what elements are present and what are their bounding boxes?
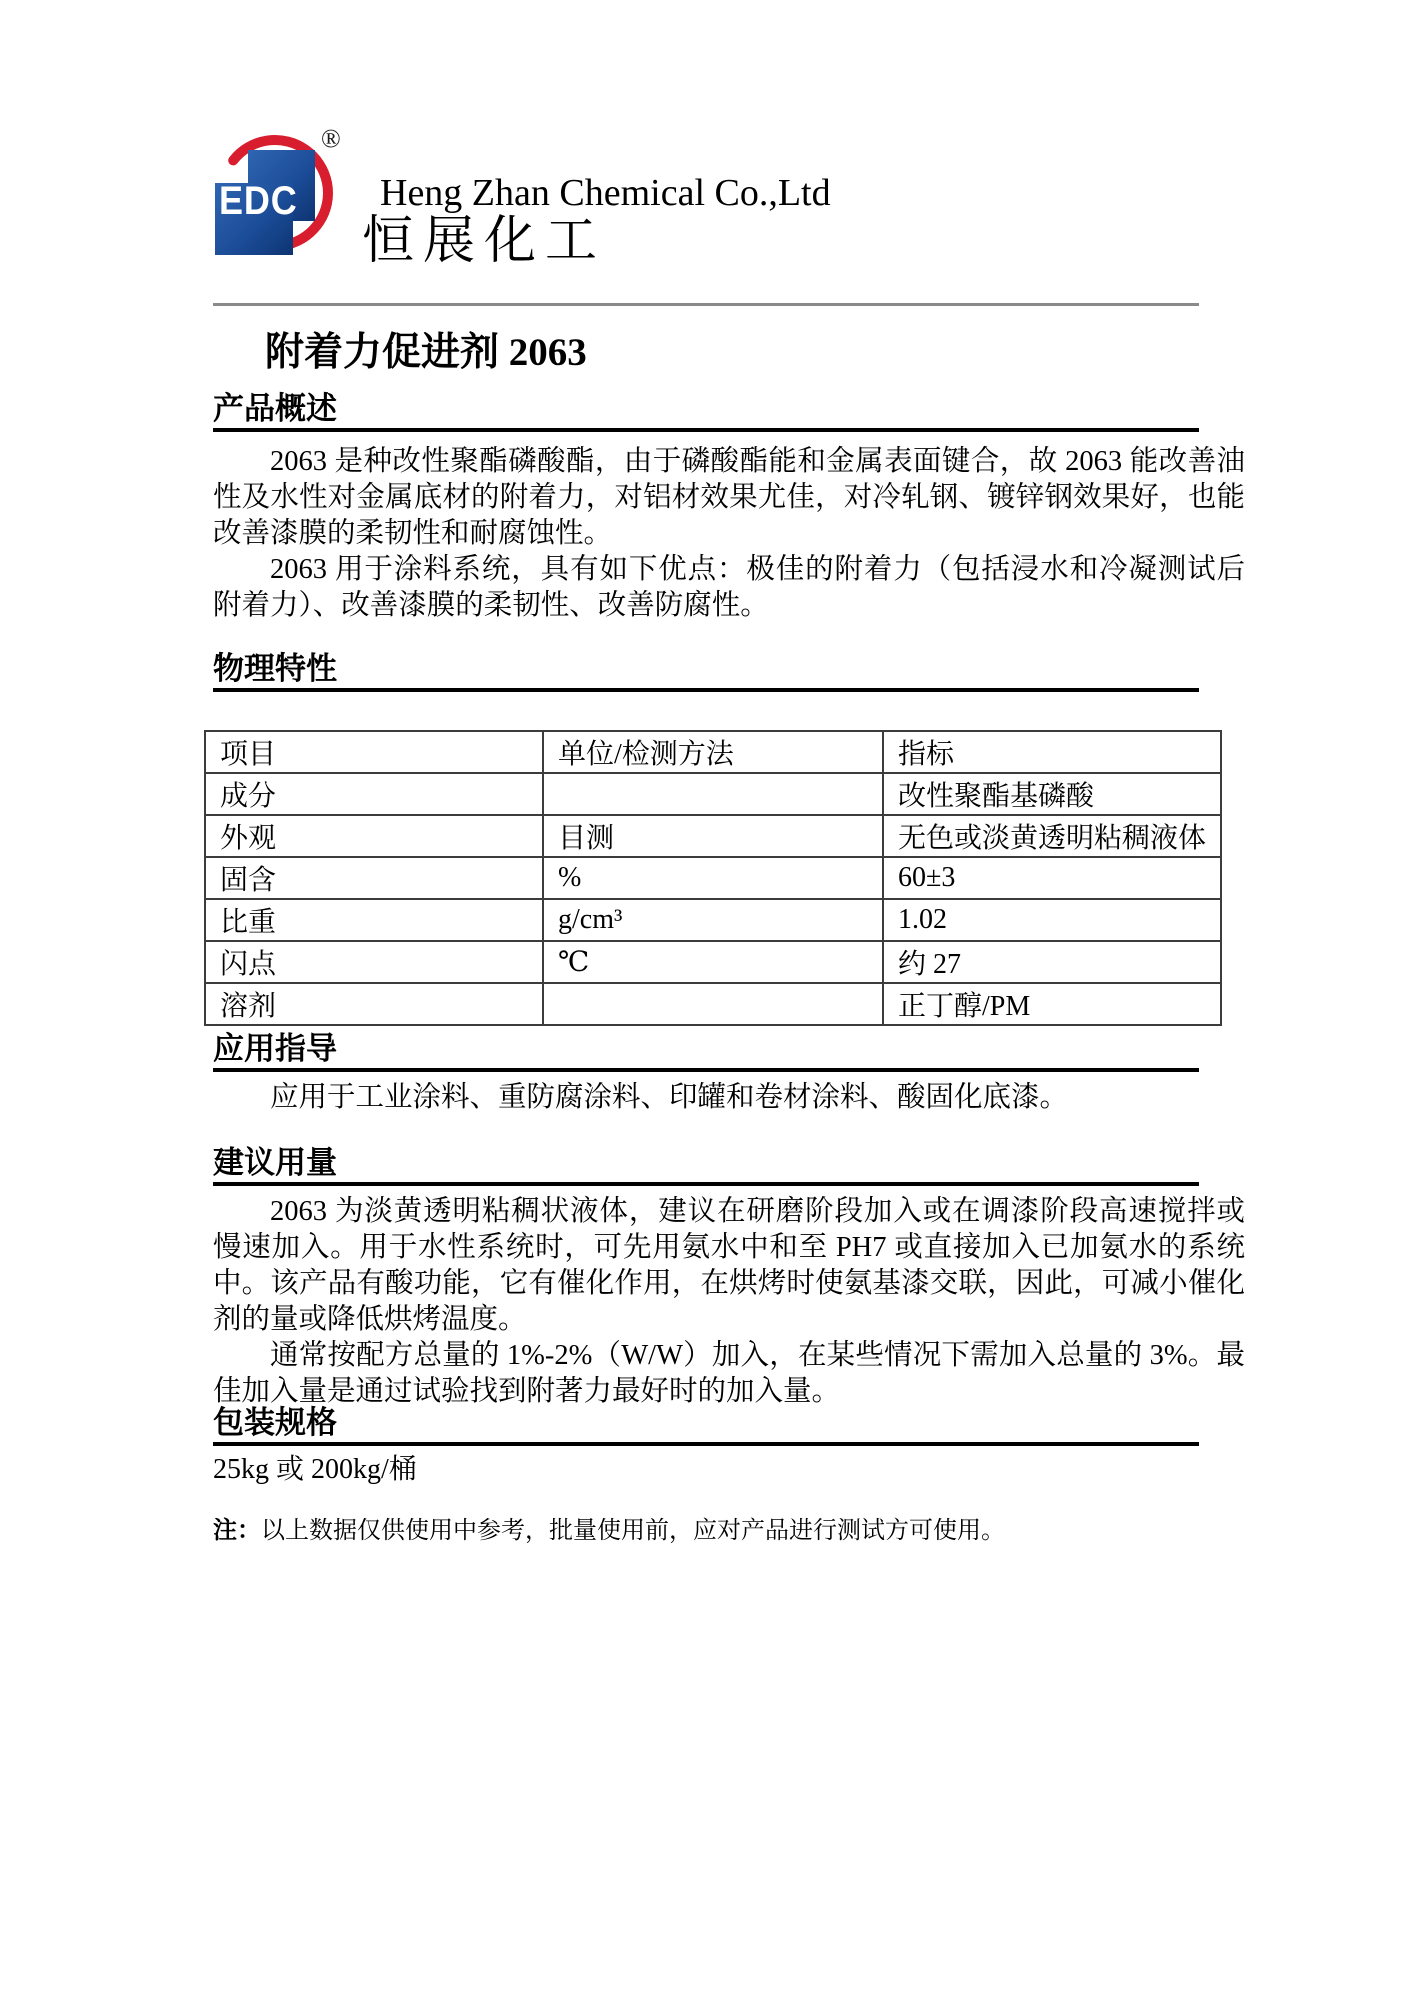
table-row: 比重 g/cm³ 1.02 [205,899,1221,941]
cell-spec: 无色或淡黄透明粘稠液体 [883,815,1221,857]
section-body: 25kg 或 200kg/桶 [213,1452,1245,1488]
cell-spec: 约 27 [883,941,1221,983]
table-row: 溶剂 正丁醇/PM [205,983,1221,1025]
footnote: 注：以上数据仅供使用中参考，批量使用前，应对产品进行测试方可使用。 [213,1516,1005,1546]
cell-spec: 正丁醇/PM [883,983,1221,1025]
cell-spec: 1.02 [883,899,1221,941]
footnote-label: 注： [213,1518,261,1544]
section-recommended-dosage: 建议用量 2063 为淡黄透明粘稠状液体，建议在研磨阶段加入或在调漆阶段高速搅拌… [213,1146,1245,1410]
logo-edc-text: EDC [219,181,314,221]
table-row: 闪点 ℃ 约 27 [205,941,1221,983]
company-name-en: Heng Zhan Chemical Co.,Ltd [380,173,831,213]
edc-logo: EDC ® [213,124,363,264]
table-row: 成分 改性聚酯基磷酸 [205,773,1221,815]
cell-item: 比重 [205,899,543,941]
cell-item: 溶剂 [205,983,543,1025]
header-divider [213,303,1199,306]
section-underline [213,1068,1199,1072]
cell-unit: g/cm³ [543,899,883,941]
paragraph: 应用于工业涂料、重防腐涂料、印罐和卷材涂料、酸固化底漆。 [213,1080,1245,1116]
datasheet-page: EDC ® Heng Zhan Chemical Co.,Ltd 恒展化工 附着… [0,0,1413,2000]
paragraph: 2063 是种改性聚酯磷酸酯，由于磷酸酯能和金属表面键合，故 2063 能改善油… [213,444,1245,552]
cell-item: 闪点 [205,941,543,983]
cell-item: 固含 [205,857,543,899]
cell-unit [543,983,883,1025]
packaging-value: 25kg 或 200kg/桶 [213,1452,1245,1488]
section-underline [213,688,1199,692]
section-heading: 建议用量 [213,1146,1245,1180]
section-physical-properties: 物理特性 项目 单位/检测方法 指标 成分 改性聚酯基磷酸 外观 目测 [213,652,1245,1026]
cell-spec: 改性聚酯基磷酸 [883,773,1221,815]
section-underline [213,1442,1199,1446]
page-title: 附着力促进剂 2063 [265,331,587,375]
section-heading: 物理特性 [213,652,1245,686]
section-packaging-spec: 包装规格 25kg 或 200kg/桶 [213,1406,1245,1488]
cell-spec: 60±3 [883,857,1221,899]
cell-unit [543,773,883,815]
paragraph: 通常按配方总量的 1%-2%（W/W）加入，在某些情况下需加入总量的 3%。最佳… [213,1338,1245,1410]
table-row: 外观 目测 无色或淡黄透明粘稠液体 [205,815,1221,857]
company-name-cn: 恒展化工 [362,214,606,270]
registered-trademark-icon: ® [321,126,341,152]
column-header-item: 项目 [205,731,543,773]
cell-unit: % [543,857,883,899]
table-header-row: 项目 单位/检测方法 指标 [205,731,1221,773]
table-row: 固含 % 60±3 [205,857,1221,899]
cell-unit: ℃ [543,941,883,983]
column-header-unit-method: 单位/检测方法 [543,731,883,773]
physical-properties-table: 项目 单位/检测方法 指标 成分 改性聚酯基磷酸 外观 目测 无色或淡黄透明粘稠… [204,730,1222,1026]
section-body: 2063 为淡黄透明粘稠状液体，建议在研磨阶段加入或在调漆阶段高速搅拌或慢速加入… [213,1194,1245,1410]
paragraph: 2063 为淡黄透明粘稠状液体，建议在研磨阶段加入或在调漆阶段高速搅拌或慢速加入… [213,1194,1245,1338]
section-heading: 包装规格 [213,1406,1245,1440]
column-header-spec: 指标 [883,731,1221,773]
section-underline [213,1182,1199,1186]
cell-unit: 目测 [543,815,883,857]
footnote-text: 以上数据仅供使用中参考，批量使用前，应对产品进行测试方可使用。 [261,1518,1005,1544]
paragraph: 2063 用于涂料系统，具有如下优点：极佳的附着力（包括浸水和冷凝测试后附着力）… [213,552,1245,624]
section-heading: 产品概述 [213,392,1245,426]
section-underline [213,428,1199,432]
section-body: 2063 是种改性聚酯磷酸酯，由于磷酸酯能和金属表面键合，故 2063 能改善油… [213,444,1245,624]
section-application-guide: 应用指导 应用于工业涂料、重防腐涂料、印罐和卷材涂料、酸固化底漆。 [213,1032,1245,1116]
cell-item: 成分 [205,773,543,815]
section-body: 应用于工业涂料、重防腐涂料、印罐和卷材涂料、酸固化底漆。 [213,1080,1245,1116]
section-heading: 应用指导 [213,1032,1245,1066]
cell-item: 外观 [205,815,543,857]
section-product-overview: 产品概述 2063 是种改性聚酯磷酸酯，由于磷酸酯能和金属表面键合，故 2063… [213,392,1245,624]
